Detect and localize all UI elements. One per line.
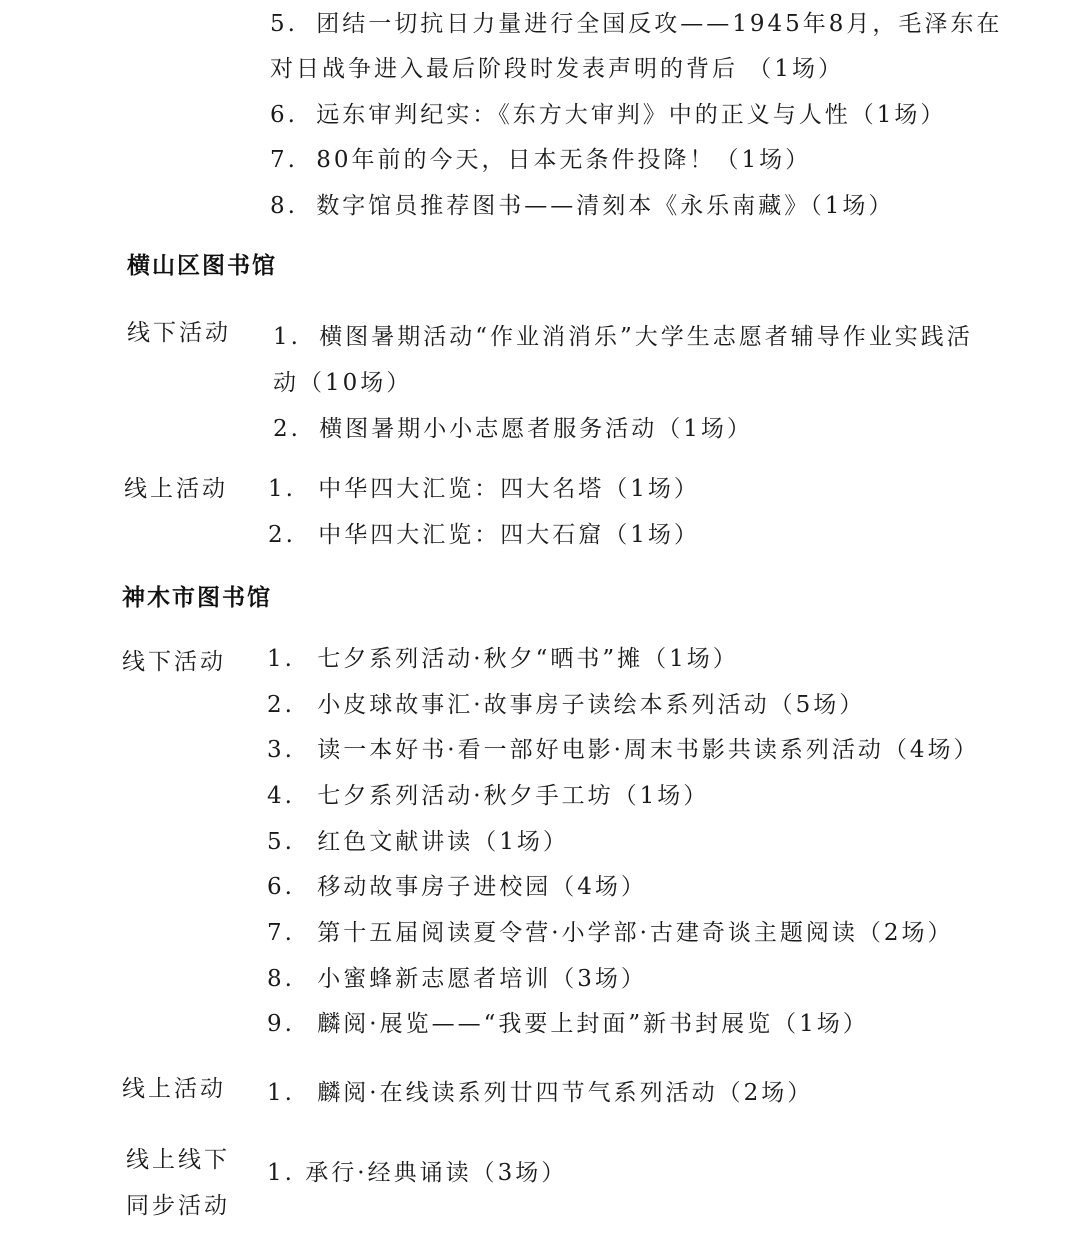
list-item: 9. 麟阅·展览——“我要上封面”新书封展览（1场）: [267, 1009, 869, 1039]
list-item-continuation: 动（10场）: [273, 368, 412, 398]
item-number: 1.: [267, 1080, 295, 1106]
list-item: 3. 读一本好书·看一部好电影·周末书影共读系列活动（4场）: [267, 735, 980, 765]
item-text: 中华四大汇览：四大石窟（1场）: [318, 522, 700, 548]
list-item: 4. 七夕系列活动·秋夕手工坊（1场）: [267, 781, 709, 811]
item-text: 七夕系列活动·秋夕“晒书”摊（1场）: [317, 646, 738, 672]
list-item: 7. 80年前的今天，日本无条件投降！（1场）: [270, 145, 811, 175]
section-title: 横山区图书馆: [127, 251, 277, 281]
list-item: 1. 中华四大汇览：四大名塔（1场）: [268, 474, 700, 504]
item-text: 小皮球故事汇·故事房子读绘本系列活动（5场）: [317, 692, 865, 718]
item-text: 80年前的今天，日本无条件投降！（1场）: [316, 147, 811, 173]
item-text: 数字馆员推荐图书——清刻本《永乐南藏》（1场）: [316, 193, 894, 219]
item-number: 6.: [270, 102, 298, 128]
item-number: 7.: [270, 147, 298, 173]
item-number: 7.: [267, 920, 295, 946]
list-item: 1. 麟阅·在线读系列廿四节气系列活动（2场）: [267, 1078, 813, 1108]
item-text: 中华四大汇览：四大名塔（1场）: [318, 476, 700, 502]
item-text: 麟阅·展览——“我要上封面”新书封展览（1场）: [317, 1011, 868, 1037]
item-number: 1.: [267, 1160, 295, 1186]
item-text: 读一本好书·看一部好电影·周末书影共读系列活动（4场）: [317, 737, 979, 763]
item-text: 团结一切抗日力量进行全国反攻——1945年8月，毛泽东在: [316, 11, 1002, 37]
category-label-online: 线上活动: [122, 1074, 226, 1104]
item-text: 横图暑期小小志愿者服务活动（1场）: [319, 416, 753, 442]
list-item: 6. 远东审判纪实：《东方大审判》中的正义与人性（1场）: [270, 100, 946, 130]
list-item: 2. 小皮球故事汇·故事房子读绘本系列活动（5场）: [267, 690, 865, 720]
list-item: 1. 横图暑期活动“作业消消乐”大学生志愿者辅导作业实践活: [273, 322, 973, 352]
section-title: 神木市图书馆: [122, 583, 272, 613]
list-item: 1. 七夕系列活动·秋夕“晒书”摊（1场）: [267, 644, 739, 674]
item-text: 第十五届阅读夏令营·小学部·古建奇谈主题阅读（2场）: [317, 920, 953, 946]
list-item: 7. 第十五届阅读夏令营·小学部·古建奇谈主题阅读（2场）: [267, 918, 954, 948]
item-number: 1.: [268, 476, 296, 502]
item-text: 承行·经典诵读（3场）: [305, 1160, 567, 1186]
category-label-hybrid-line1: 线上线下: [126, 1145, 230, 1175]
item-number: 8.: [270, 193, 298, 219]
item-number: 2.: [267, 692, 295, 718]
category-label-online: 线上活动: [124, 474, 228, 504]
item-number: 5.: [267, 829, 295, 855]
list-item: 5. 团结一切抗日力量进行全国反攻——1945年8月，毛泽东在: [270, 9, 1002, 39]
list-item: 8. 小蜜蜂新志愿者培训（3场）: [267, 964, 647, 994]
list-item: 2. 中华四大汇览：四大石窟（1场）: [268, 520, 700, 550]
item-number: 1.: [273, 324, 301, 350]
item-text: 麟阅·在线读系列廿四节气系列活动（2场）: [317, 1080, 813, 1106]
item-number: 6.: [267, 874, 295, 900]
list-item-continuation: 对日战争进入最后阶段时发表声明的背后 （1场）: [270, 54, 844, 84]
list-item: 5. 红色文献讲读（1场）: [267, 827, 569, 857]
item-text: 移动故事房子进校园（4场）: [317, 874, 647, 900]
item-number: 8.: [267, 966, 295, 992]
category-label-hybrid-line2: 同步活动: [126, 1191, 230, 1221]
list-item: 2. 横图暑期小小志愿者服务活动（1场）: [273, 414, 753, 444]
list-item: 6. 移动故事房子进校园（4场）: [267, 872, 647, 902]
item-number: 4.: [267, 783, 295, 809]
item-number: 2.: [273, 416, 301, 442]
item-text: 远东审判纪实：《东方大审判》中的正义与人性（1场）: [316, 102, 946, 128]
item-number: 1.: [267, 646, 295, 672]
item-number: 9.: [267, 1011, 295, 1037]
item-text: 小蜜蜂新志愿者培训（3场）: [317, 966, 647, 992]
list-item: 8. 数字馆员推荐图书——清刻本《永乐南藏》（1场）: [270, 191, 894, 221]
item-text: 横图暑期活动“作业消消乐”大学生志愿者辅导作业实践活: [319, 324, 973, 350]
item-text: 红色文献讲读（1场）: [317, 829, 569, 855]
item-text: 七夕系列活动·秋夕手工坊（1场）: [317, 783, 709, 809]
item-number: 2.: [268, 522, 296, 548]
list-item: 1. 承行·经典诵读（3场）: [267, 1158, 567, 1188]
item-number: 3.: [267, 737, 295, 763]
item-number: 5.: [270, 11, 298, 37]
category-label-offline: 线下活动: [127, 318, 231, 348]
category-label-offline: 线下活动: [122, 647, 226, 677]
